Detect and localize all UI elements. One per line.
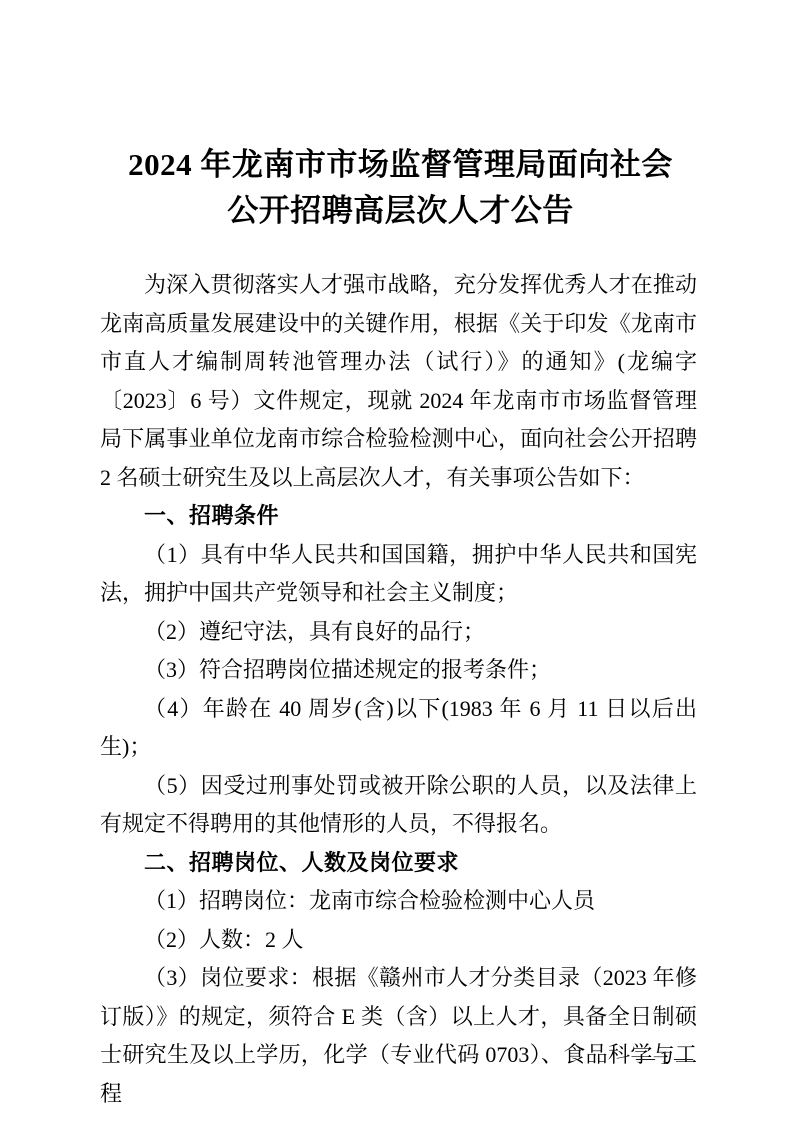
intro-paragraph: 为深入贯彻落实人才强市战略，充分发挥优秀人才在推动龙南高质量发展建设中的关键作用… [100,266,697,497]
document-title-line-2: 公开招聘高层次人才公告 [100,188,701,234]
document-title: 2024 年龙南市市场监督管理局面向社会 公开招聘高层次人才公告 [100,142,701,234]
section-1-heading: 一、招聘条件 [100,497,697,536]
document-title-line-1: 2024 年龙南市市场监督管理局面向社会 [100,142,701,188]
document-body: 为深入贯彻落实人才强市战略，充分发挥优秀人才在推动龙南高质量发展建设中的关键作用… [100,266,697,1113]
section-2-heading: 二、招聘岗位、人数及岗位要求 [100,844,697,883]
condition-item-3: （3）符合招聘岗位描述规定的报考条件； [100,651,697,690]
document-page: 2024 年龙南市市场监督管理局面向社会 公开招聘高层次人才公告 为深入贯彻落实… [0,0,793,1122]
condition-item-1: （1）具有中华人民共和国国籍，拥护中华人民共和国宪法，拥护中国共产党领导和社会主… [100,536,697,613]
condition-item-2: （2）遵纪守法，具有良好的品行； [100,613,697,652]
page-number: — 1 — [636,1048,693,1070]
position-item-2: （2）人数：2 人 [100,921,697,960]
condition-item-5: （5）因受过刑事处罚或被开除公职的人员，以及法律上有规定不得聘用的其他情形的人员… [100,767,697,844]
condition-item-4: （4）年龄在 40 周岁(含)以下(1983 年 6 月 11 日以后出生)； [100,690,697,767]
position-item-1: （1）招聘岗位：龙南市综合检验检测中心人员 [100,882,697,921]
position-item-3: （3）岗位要求：根据《赣州市人才分类目录（2023 年修订版）》的规定，须符合 … [100,959,697,1113]
